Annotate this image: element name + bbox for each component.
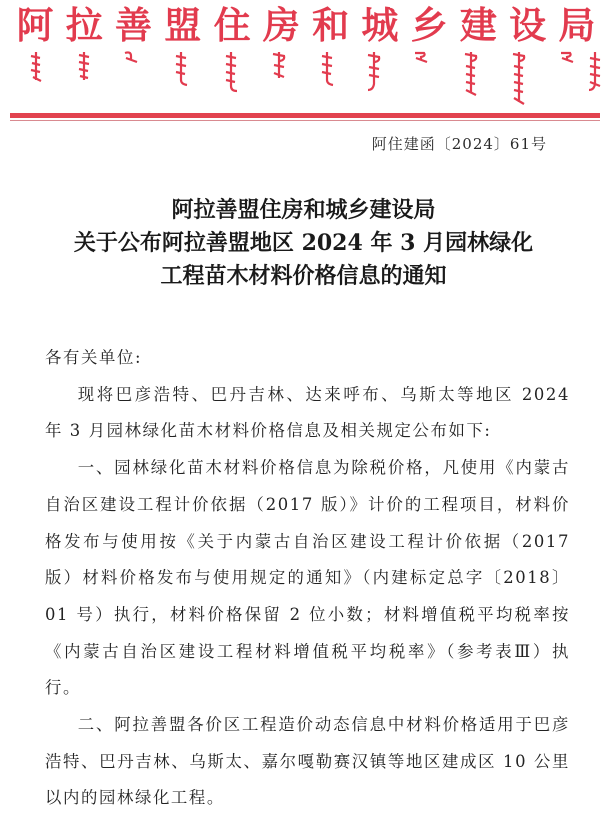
mongolian-word-icon [586, 50, 604, 94]
agency-name-char: 建 [457, 2, 499, 48]
mongolian-word-icon [222, 50, 240, 94]
document-number: 阿住建函〔2024〕61号 [372, 133, 547, 154]
agency-name-char: 房 [260, 2, 302, 48]
letterhead: 阿 拉 善 盟 住 房 和 城 乡 建 设 局 [0, 0, 607, 125]
document-title: 阿拉善盟住房和城乡建设局 关于公布阿拉善盟地区 2024 年 3 月园林绿化 工… [0, 194, 607, 293]
mongolian-word-icon [510, 50, 528, 108]
title-line-2: 关于公布阿拉善盟地区 2024 年 3 月园林绿化 [0, 227, 607, 260]
mongolian-word-icon [270, 50, 288, 84]
agency-name-char: 局 [556, 2, 598, 48]
mongolian-word-icon [122, 50, 140, 66]
document-body: 各有关单位: 现将巴彦浩特、巴丹吉林、达来呼布、乌斯太等地区 2024 年 3 … [45, 340, 570, 817]
agency-name-char: 住 [211, 2, 253, 48]
letterhead-red-rule [10, 113, 600, 118]
agency-name-char: 善 [113, 2, 155, 48]
agency-name-char: 和 [310, 2, 352, 48]
mongolian-word-icon [172, 50, 190, 88]
mongolian-word-icon [28, 50, 44, 84]
title-line-1: 阿拉善盟住房和城乡建设局 [0, 194, 607, 227]
letterhead-thin-rule [10, 120, 600, 121]
paragraph-item-1: 一、园林绿化苗木材料价格信息为除税价格，凡使用《内蒙古自治区建设工程计价依据（2… [45, 450, 570, 707]
salutation: 各有关单位: [45, 340, 570, 377]
paragraph-item-2: 二、阿拉善盟各价区工程造价动态信息中材料价格适用于巴彦浩特、巴丹吉林、乌斯太、嘉… [45, 707, 570, 817]
mongolian-word-icon [412, 50, 430, 66]
agency-name-char: 阿 [14, 2, 56, 48]
title-line-3: 工程苗木材料价格信息的通知 [0, 260, 607, 293]
agency-name-char: 拉 [63, 2, 105, 48]
agency-name-char: 乡 [408, 2, 450, 48]
agency-name-mongolian [0, 50, 607, 110]
mongolian-word-icon [558, 50, 576, 66]
mongolian-word-icon [76, 50, 92, 84]
paragraph-intro: 现将巴彦浩特、巴丹吉林、达来呼布、乌斯太等地区 2024 年 3 月园林绿化苗木… [45, 377, 570, 450]
mongolian-word-icon [318, 50, 336, 88]
mongolian-word-icon [365, 50, 383, 94]
agency-name-chinese: 阿 拉 善 盟 住 房 和 城 乡 建 设 局 [14, 2, 598, 48]
agency-name-char: 盟 [162, 2, 204, 48]
mongolian-word-icon [462, 50, 480, 98]
agency-name-char: 城 [359, 2, 401, 48]
agency-name-char: 设 [507, 2, 549, 48]
